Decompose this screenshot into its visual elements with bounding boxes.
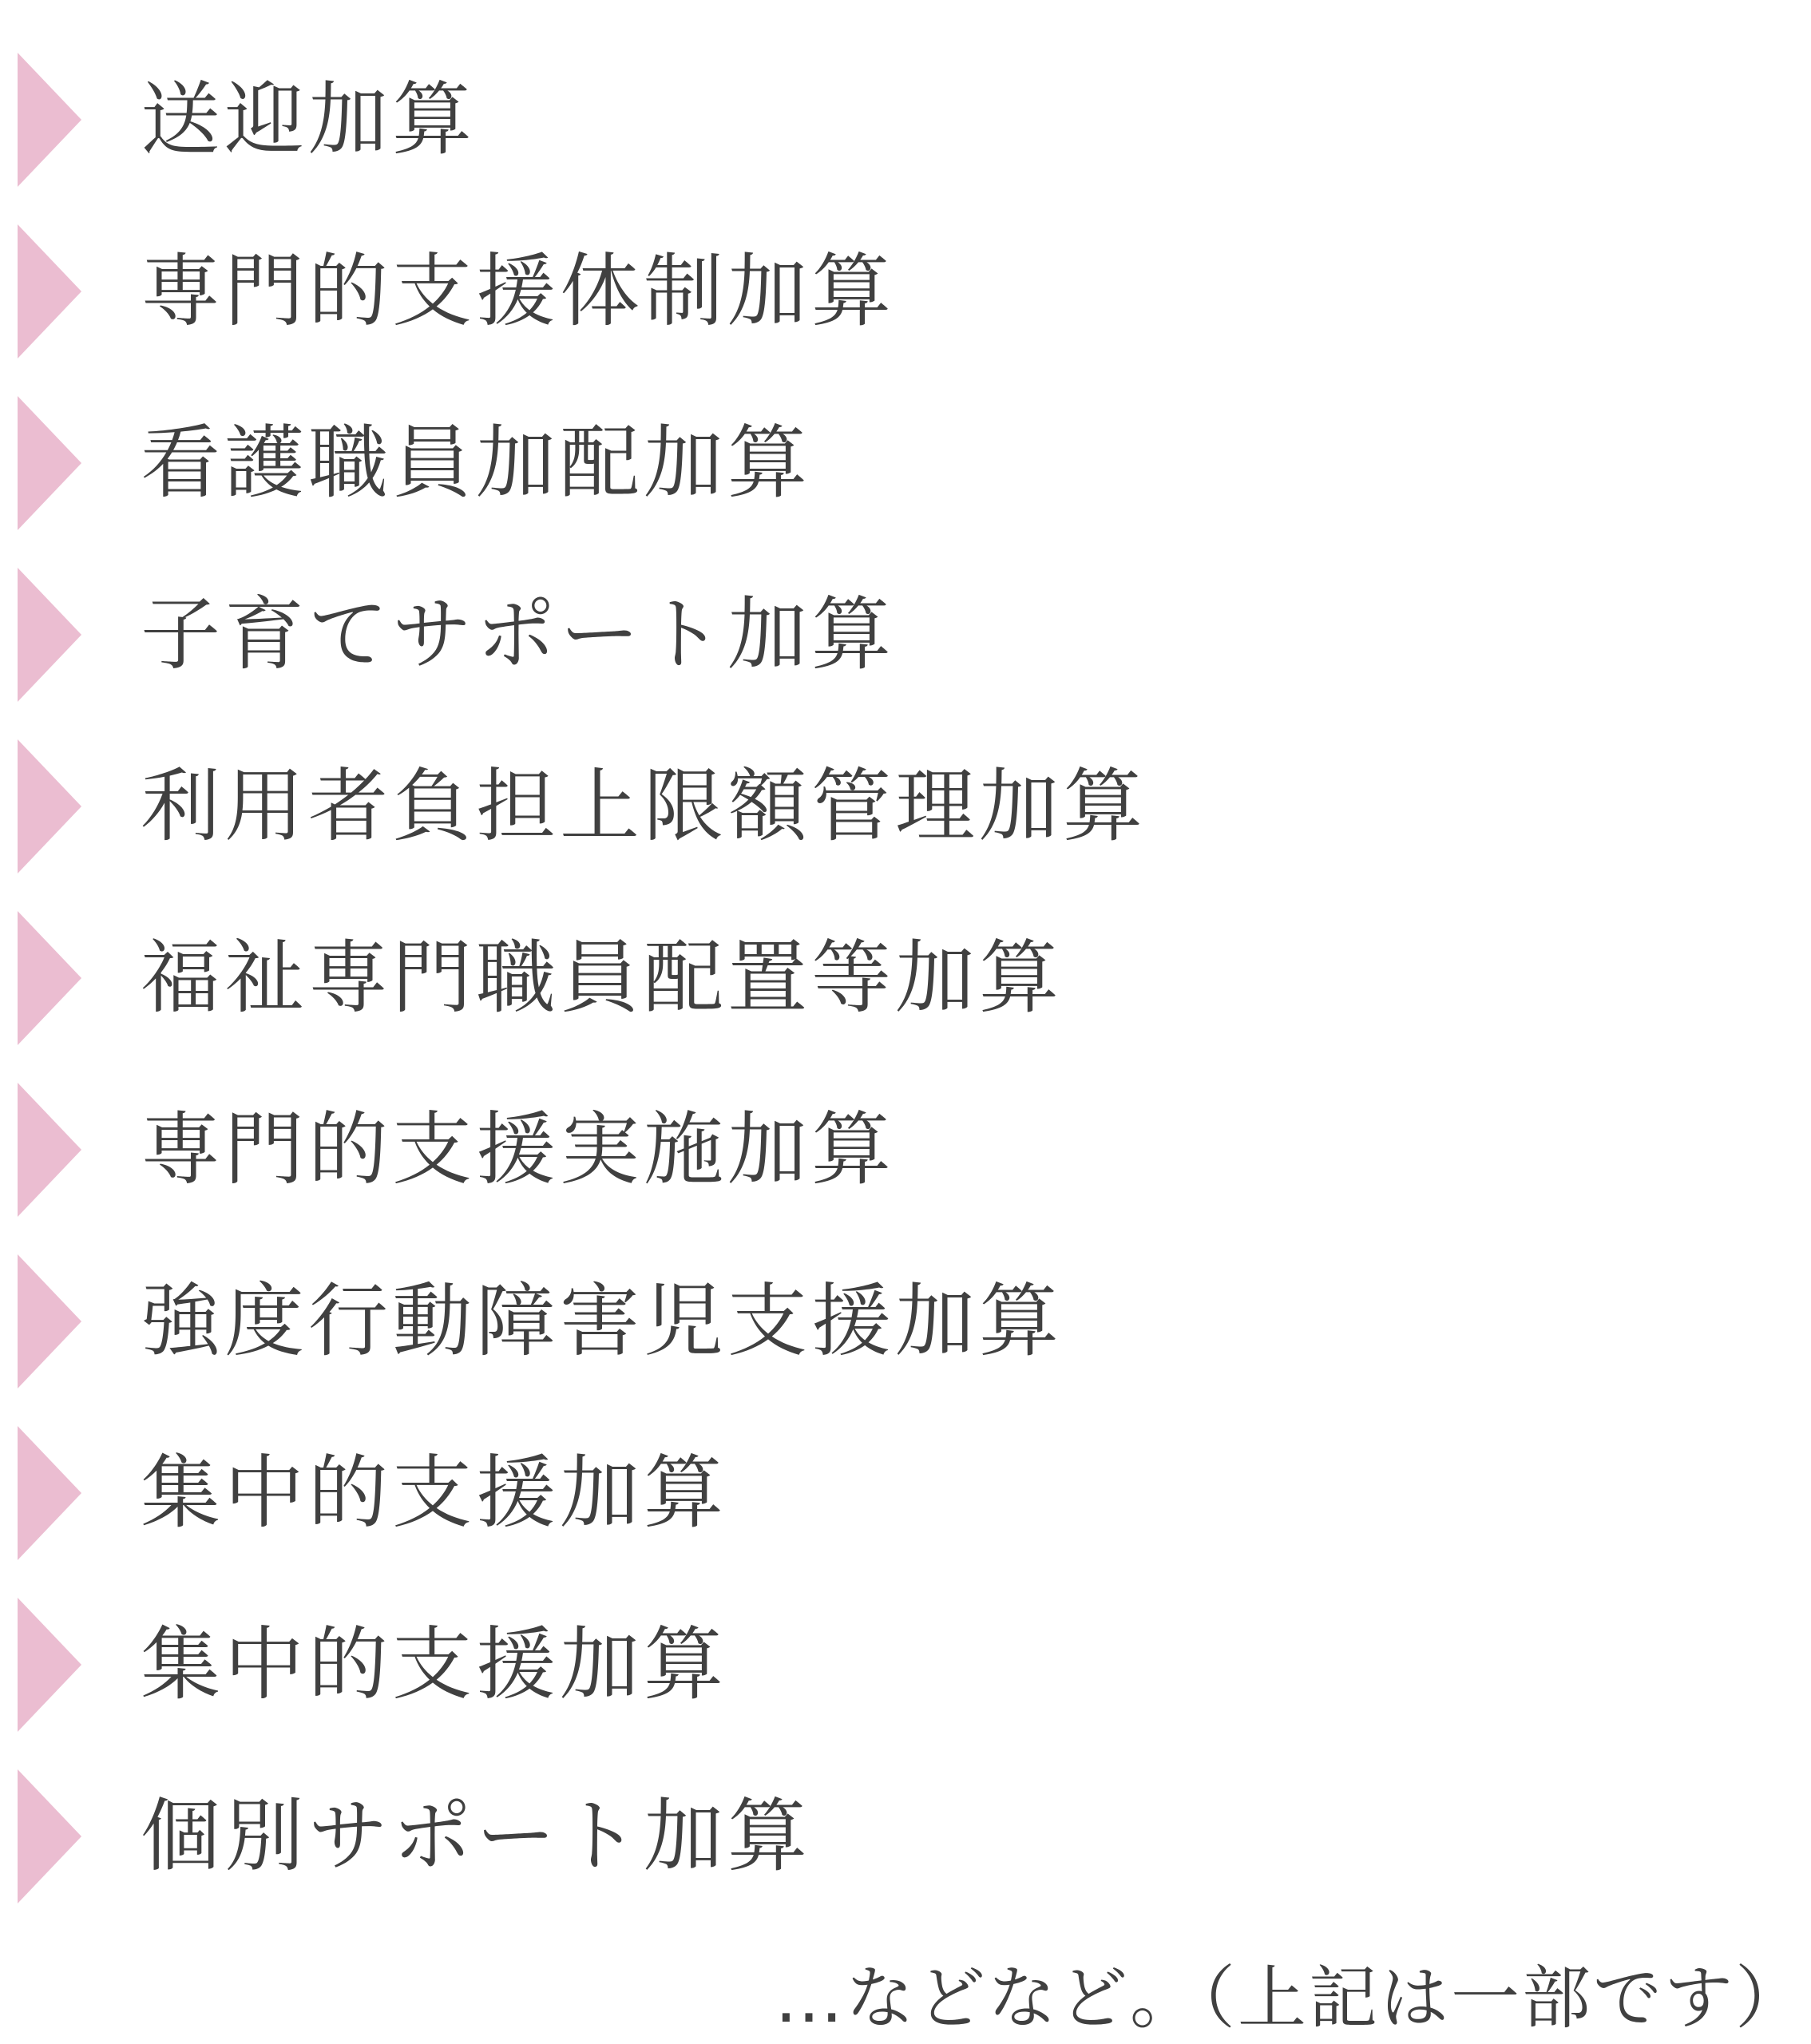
triangle-right-icon <box>18 1083 81 1217</box>
list-item-label: 送迎加算 <box>141 70 476 169</box>
list-item: 強度行動障害児支援加算 <box>0 1254 1811 1426</box>
triangle-right-icon <box>18 739 81 873</box>
list-item: 看護職員加配加算 <box>0 396 1811 568</box>
list-item: 集中的支援加算 <box>0 1426 1811 1598</box>
list-item-label: 看護職員加配加算 <box>141 414 811 513</box>
list-item-label: 専門的支援実施加算 <box>141 1100 895 1199</box>
list-item: 福祉専門職員配置等加算 <box>0 911 1811 1083</box>
list-item-label: 集中的支援加算 <box>141 1444 727 1543</box>
triangle-right-icon <box>18 568 81 702</box>
list-item: 送迎加算 <box>0 53 1811 224</box>
list-item: 利用者負担上限額管理加算 <box>0 739 1811 911</box>
list-item-label: 子育てサポート加算 <box>141 585 895 684</box>
list-item-label: 集中的支援加算 <box>141 1615 727 1714</box>
list-item-label: 個別サポート加算 <box>141 1787 811 1886</box>
list-item: 集中的支援加算 <box>0 1598 1811 1769</box>
triangle-right-icon <box>18 53 81 187</box>
list-item: 専門的支援体制加算 <box>0 224 1811 396</box>
triangle-right-icon <box>18 1426 81 1560</box>
list-item: 子育てサポート加算 <box>0 568 1811 739</box>
addition-list: 送迎加算 専門的支援体制加算 看護職員加配加算 子育てサポート加算 利用者負担上… <box>0 53 1811 1941</box>
list-item-label: 強度行動障害児支援加算 <box>141 1272 1063 1371</box>
triangle-right-icon <box>18 1598 81 1732</box>
list-item: 個別サポート加算 <box>0 1769 1811 1941</box>
list-item-label: 福祉専門職員配置等加算 <box>141 929 1063 1028</box>
triangle-right-icon <box>18 396 81 530</box>
list-item-label: 専門的支援体制加算 <box>141 242 895 341</box>
list-item: 専門的支援実施加算 <box>0 1083 1811 1254</box>
list-item-label: 利用者負担上限額管理加算 <box>141 757 1147 856</box>
triangle-right-icon <box>18 1769 81 1903</box>
triangle-right-icon <box>18 224 81 358</box>
triangle-right-icon <box>18 1254 81 1388</box>
footer-note: …などなど。（上記は一部です） <box>775 1955 1806 2042</box>
triangle-right-icon <box>18 911 81 1045</box>
